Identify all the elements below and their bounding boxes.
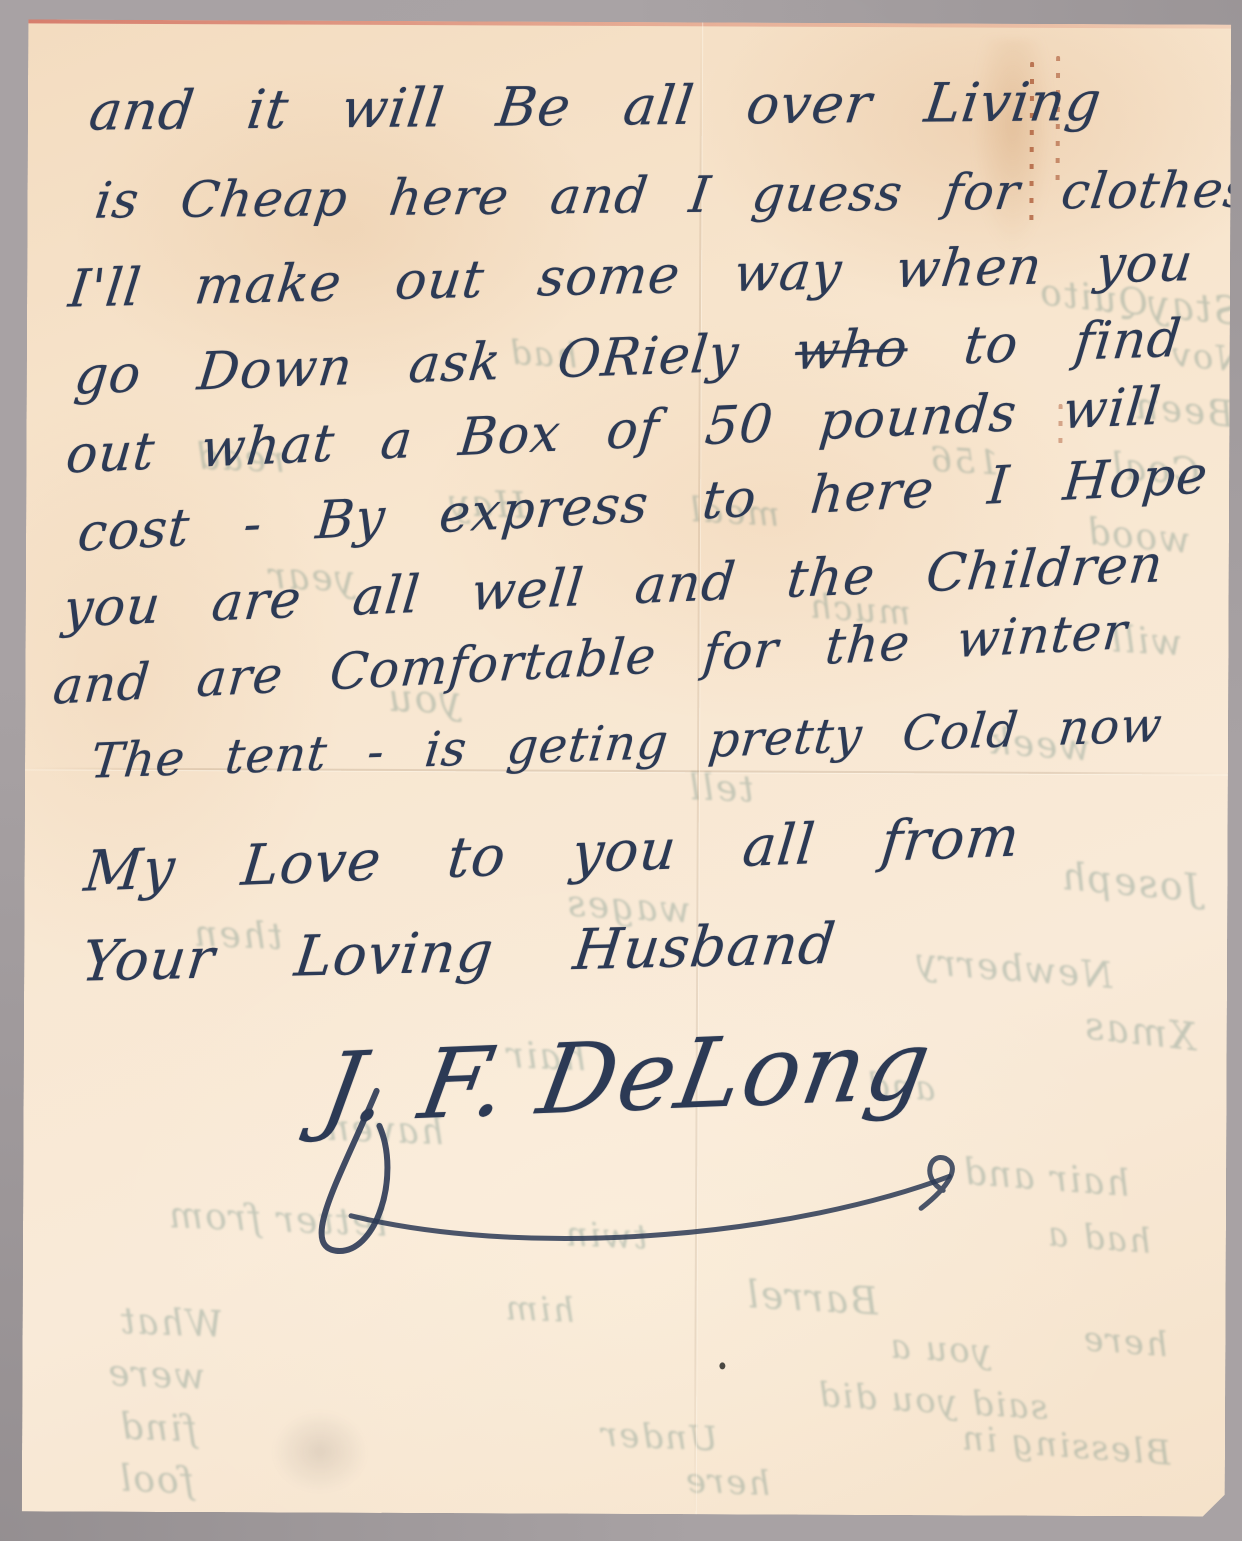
struck-out-word: who [792,318,911,382]
bleedthrough-fragment: said you did [815,1375,1049,1428]
bleedthrough-fragment: hair and [960,1152,1131,1205]
signature: J. F. DeLong [314,1008,940,1145]
bleedthrough-fragment: What [118,1301,224,1346]
smudge-mark [270,1408,370,1494]
letter-line-3: I'll make out some way when you [66,233,1197,320]
bleedthrough-fragment: twin [564,1214,649,1257]
bleedthrough-fragment: were [106,1353,206,1398]
bleedthrough-fragment: Blessing in [959,1419,1172,1475]
bleedthrough-fragment: here [1080,1319,1169,1365]
bleedthrough-fragment: Newberry [913,941,1114,997]
letter-line-1: and it will Be all over Living [86,70,1106,143]
bleedthrough-fragment: had a [1044,1214,1152,1262]
bleedthrough-fragment: Barrel [743,1272,879,1324]
letter-line-4-post: to find [904,309,1184,379]
bleedthrough-fragment: Xmas [1080,1003,1197,1059]
bleedthrough-fragment: fool [117,1458,195,1502]
bleedthrough-fragment: find [118,1406,199,1450]
bleedthrough-fragment: him [503,1288,576,1331]
letter-line-9: The tent - is geting pretty Cold now [88,697,1165,790]
bleedthrough-fragment: Joseph [1057,853,1201,910]
scan-background: QuitoStayNovhadBeenread156CoalHaymealwoo… [0,0,1242,1541]
letter-line-11: Your Loving Husband [78,912,839,995]
letter-line-2: is Cheap here and I guess for clothes [92,161,1242,230]
letter-paper: QuitoStayNovhadBeenread156CoalHaymealwoo… [22,19,1231,1516]
bleedthrough-fragment: Under [599,1415,719,1460]
bleedthrough-fragment: here [683,1461,771,1504]
letter-line-4-pre: go Down ask ORiely [72,322,799,407]
bleedthrough-fragment: letter from [167,1195,389,1245]
bleedthrough-fragment: you a [888,1326,993,1372]
ink-dot [719,1362,725,1369]
red-paper-edge [28,19,1231,28]
letter-line-10: My Love to you all from [81,804,1023,904]
